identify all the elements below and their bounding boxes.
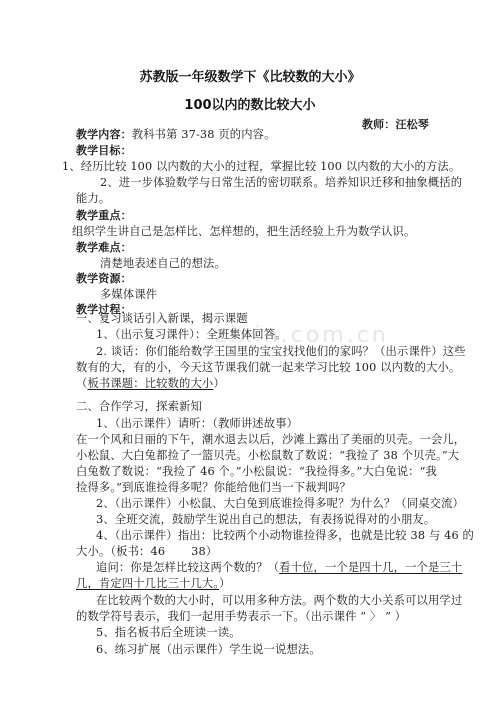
resources-text: 多媒体课件 — [100, 288, 157, 302]
document-subtitle: 100以内的数比较大小 — [0, 94, 500, 113]
followup-line1: 追问：你是怎样比较这两个数的？（看十位，一个是四十几，一个是三十 — [96, 561, 462, 575]
section2-step6: 6、练习扩展（出示课件）学生说一说想法。 — [96, 643, 321, 657]
section2-step1: 1、（出示课件）请听：（教师讲述故事） — [96, 417, 298, 431]
section2-step4-line2: 大小。（板书：4638） — [76, 545, 217, 559]
section1-step1: 1、（出示复习课件）：全班集体回答。 — [96, 328, 287, 342]
method-line1: 在比较两个数的大小时，可以用多种方法。两个数的大小关系可以用学过 — [96, 594, 462, 608]
document-page: zixin.com.cn 苏教版一年级数学下《比较数的大小》 100以内的数比较… — [0, 0, 500, 708]
key-points-text: 组织学生讲自己是怎样比、怎样想的，把生活经验上升为数学认识。 — [72, 225, 415, 239]
document-title: 苏教版一年级数学下《比较数的大小》 — [0, 66, 500, 85]
followup-answer-1: 看十位，一个是四十几，一个是三十 — [279, 561, 462, 574]
section2-heading: 二、合作学习，探索新知 — [76, 400, 202, 414]
section1-board-title: （板书课题：比较数的大小） — [76, 377, 225, 391]
difficulties-text: 清楚地表述自己的想法。 — [100, 257, 226, 271]
key-points-label: 教学重点： — [76, 209, 132, 223]
objectives-label: 教学目标： — [76, 144, 132, 158]
method-line2: 的数学符号表示，我们一起用手势表示一下。（出示课件 “ 〉 ” ） — [76, 610, 406, 624]
teacher-name: 汪松琴 — [395, 118, 428, 131]
teaching-content: 教学内容：教科书第 37-38 页的内容。 — [76, 128, 276, 142]
section2-step2: 2、（出示课件）小松鼠、大白兔到底谁捡得多呢？为什么？（同桌交流） — [96, 497, 464, 511]
teaching-content-text: 教科书第 37-38 页的内容。 — [132, 128, 276, 141]
teacher-label: 教师： — [362, 118, 395, 131]
followup-answer-2: 几，肯定四十几比三十几大。 — [76, 577, 219, 590]
section1-heading: 一、复习谈话引入新课，揭示课题 — [76, 312, 248, 326]
story-line3: 白兔数了数说：“我捡了 46 个。”小松鼠说：“我捡得多。”大白兔说：“我 — [76, 465, 437, 479]
objective-2-line1: 2、进一步体验数学与日常生活的密切联系。培养知识迁移和抽象概括的 — [100, 176, 462, 190]
board-title-text: 板书课题：比较数的大小 — [87, 377, 213, 390]
objective-1: 1、经历比较 100 以内数的大小的过程，掌握比较 100 以内数的大小的方法。 — [62, 160, 460, 174]
section2-step4-line1: 4、（出示课件）指出：比较两个小动物谁捡得多，也就是比较 38 与 46 的 — [96, 529, 474, 543]
story-line2: 小松鼠、大白兔都捡了一篮贝壳。小松鼠数了数说：“我捡了 38 个贝壳。”大 — [76, 449, 459, 463]
section1-step2-line2: 数有的大，有的小，今天这节课我们就一起来学习比较 100 以内数的大小。 — [76, 361, 460, 375]
section2-step3: 3、全班交流，鼓励学生说出自己的想法，有表扬说得对的小朋友。 — [96, 513, 435, 527]
story-line1: 在一个风和日丽的下午，潮水退去以后，沙滩上露出了美丽的贝壳。一会儿， — [76, 433, 465, 447]
objective-2-line2: 能力。 — [76, 192, 110, 206]
difficulties-label: 教学难点： — [76, 241, 132, 255]
followup-line2: 几，肯定四十几比三十几大。） — [76, 577, 231, 591]
teaching-content-label: 教学内容： — [76, 128, 132, 141]
story-line4: 捡得多。”到底谁捡得多呢？你能给他们当一下裁判吗？ — [76, 481, 351, 495]
section1-step2-line1: 2. 谈话：你们能给数学王国里的宝宝找找他们的家吗？（出示课件）这些 — [96, 345, 466, 359]
resources-label: 教学资源： — [76, 272, 132, 286]
teacher-line: 教师：汪松琴 — [362, 118, 429, 132]
section2-step5: 5、指名板书后全班读一读。 — [96, 626, 241, 640]
